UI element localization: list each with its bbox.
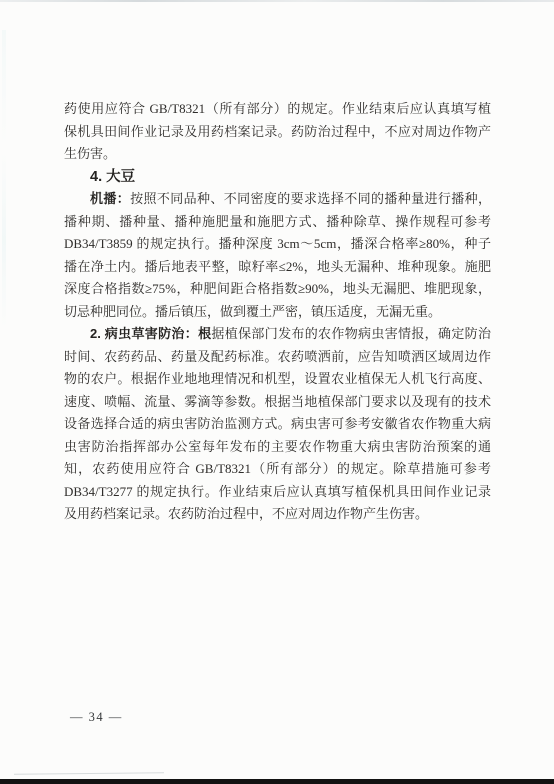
text-run: 药使用应符合 GB/T8321（所有部分）的规定。作业结束后应认真填写植 [64,101,491,116]
text-run: 深度合格指数≥75%，种肥间距合格指数≥90%，地头无漏肥、堆肥现象， [64,281,491,296]
text-line: 机播：按照不同品种、不同密度的要求选择不同的播种量进行播种， [64,188,491,211]
text-line: 生伤害。 [64,143,491,166]
text-line: 播在净土内。播后地表平整，晾籽率≤2%，地头无漏种、堆种现象。施肥 [64,256,491,279]
text-line: 知，农药使用应符合 GB/T8321（所有部分）的规定。除草措施可参考 [64,458,491,481]
text-run: 速度、喷幅、流量、雾滴等参数。根据当地植保部门要求以及现有的技术 [64,394,491,409]
scan-edge-top-artifact [0,0,554,2]
text-run: 生伤害。 [64,146,116,161]
text-line: 2. 病虫草害防治：根据植保部门发布的农作物病虫害情报，确定防治 [64,323,491,346]
text-line: 切忌种肥同位。播后镇压，做到覆土严密，镇压适度，无漏无重。 [64,301,491,324]
text-line: 药使用应符合 GB/T8321（所有部分）的规定。作业结束后应认真填写植 [64,98,491,121]
text-line: 播种期、播种量、播种施肥量和施肥方式、播种除草、操作规程可参考 [64,211,491,234]
text-run: 播在净土内。播后地表平整，晾籽率≤2%，地头无漏种、堆种现象。施肥 [64,259,491,274]
bold-run: 机播： [90,191,130,206]
text-run: 时间、农药药品、药量及配药标准。农药喷洒前，应告知喷洒区域周边作 [64,349,491,364]
text-run: 播种期、播种量、播种施肥量和施肥方式、播种除草、操作规程可参考 [64,214,491,229]
scan-edge-bottom-artifact [0,779,554,784]
bold-run: 4. 大豆 [90,169,135,185]
text-line: 及用药档案记录。农药防治过程中，不应对周边作物产生伤害。 [64,503,491,526]
text-line: 时间、农药药品、药量及配药标准。农药喷洒前，应告知喷洒区域周边作 [64,346,491,369]
text-run: 及用药档案记录。农药防治过程中，不应对周边作物产生伤害。 [64,506,428,521]
document-page: 药使用应符合 GB/T8321（所有部分）的规定。作业结束后应认真填写植保机具田… [0,0,554,784]
page-number: — 34 — [70,710,123,725]
text-line: 保机具田间作业记录及用药档案记录。药防治过程中，不应对周边作物产 [64,121,491,144]
text-line: DB34/T3859 的规定执行。播种深度 3cm～5cm，播深合格率≥80%，… [64,233,491,256]
text-run: 知，农药使用应符合 GB/T8321（所有部分）的规定。除草措施可参考 [64,461,491,476]
text-line: 深度合格指数≥75%，种肥间距合格指数≥90%，地头无漏肥、堆肥现象， [64,278,491,301]
text-line: 物的农户。根据作业地地理情况和机型，设置农业植保无人机飞行高度、 [64,368,491,391]
text-line: 速度、喷幅、流量、雾滴等参数。根据当地植保部门要求以及现有的技术 [64,391,491,414]
text-run: DB34/T3859 的规定执行。播种深度 3cm～5cm，播深合格率≥80%，… [64,236,491,251]
text-line: DB34/T3277 的规定执行。作业结束后应认真填写植保机具田间作业记录 [64,481,491,504]
bold-run: 2. 病虫草害防治：根 [90,326,211,341]
text-run: 物的农户。根据作业地地理情况和机型，设置农业植保无人机飞行高度、 [64,371,491,386]
text-run: 据植保部门发布的农作物病虫害情报，确定防治 [211,326,491,341]
body-text: 药使用应符合 GB/T8321（所有部分）的规定。作业结束后应认真填写植保机具田… [64,98,491,526]
text-line: 设备选择合适的病虫害防治监测方式。病虫害可参考安徽省农作物重大病 [64,413,491,436]
text-run: 设备选择合适的病虫害防治监测方式。病虫害可参考安徽省农作物重大病 [64,416,491,431]
text-run: 按照不同品种、不同密度的要求选择不同的播种量进行播种， [130,191,491,206]
scan-hairline-artifact [14,772,164,775]
section-heading: 4. 大豆 [64,166,491,189]
scan-smudge-left-artifact [2,30,6,330]
text-run: DB34/T3277 的规定执行。作业结束后应认真填写植保机具田间作业记录 [64,484,491,499]
text-run: 切忌种肥同位。播后镇压，做到覆土严密，镇压适度，无漏无重。 [64,304,441,319]
text-run: 虫害防治指挥部办公室每年发布的主要农作物重大病虫害防治预案的通 [64,439,491,454]
text-line: 虫害防治指挥部办公室每年发布的主要农作物重大病虫害防治预案的通 [64,436,491,459]
text-run: 保机具田间作业记录及用药档案记录。药防治过程中，不应对周边作物产 [64,124,491,139]
